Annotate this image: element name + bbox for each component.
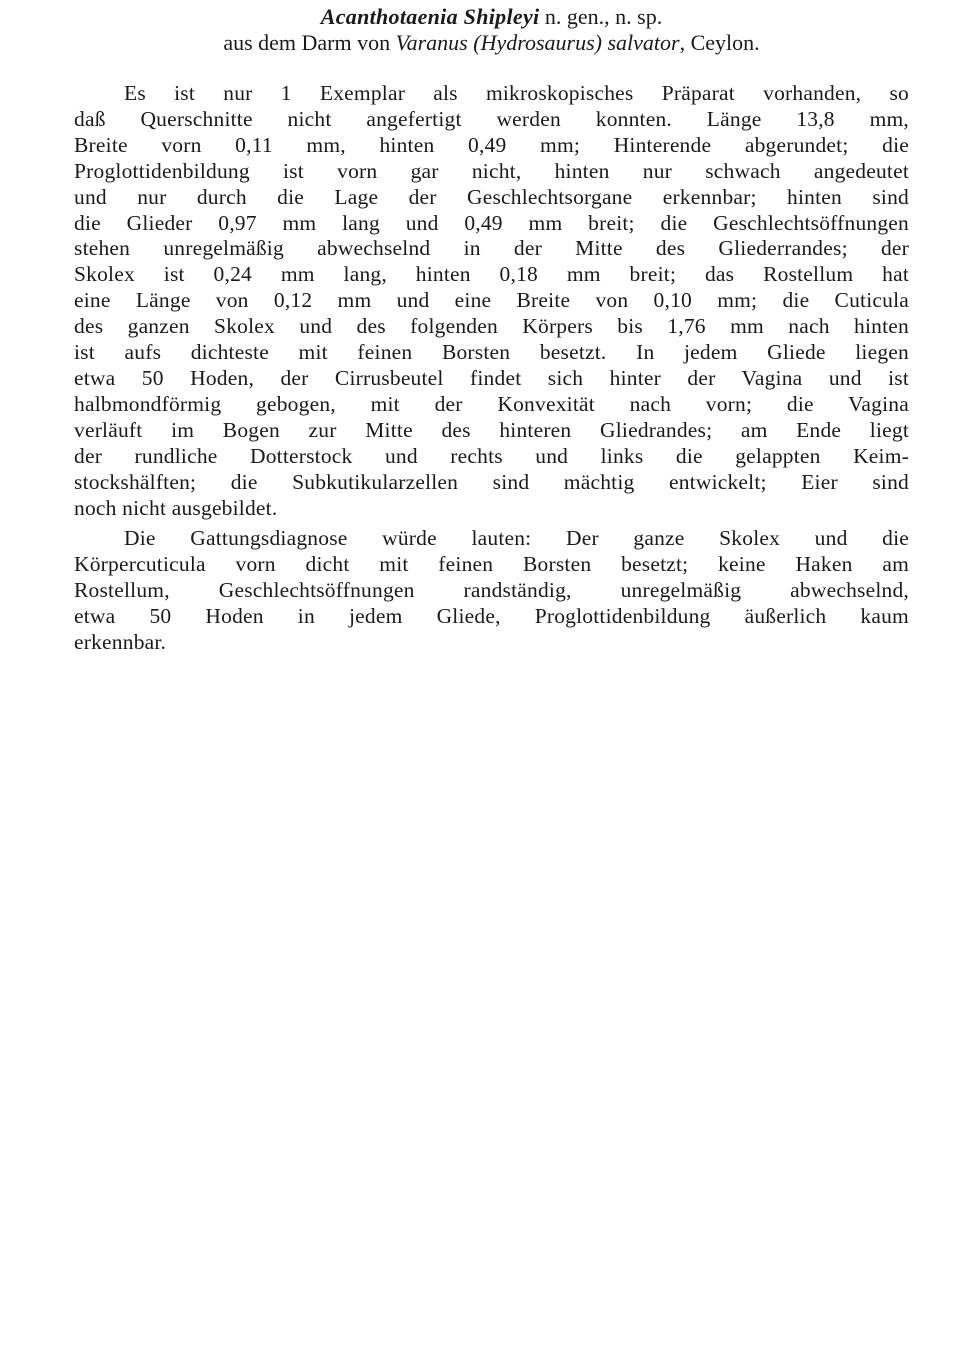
host-prefix: aus dem Darm von — [223, 30, 395, 55]
text-line: noch nicht ausgebildet. — [74, 496, 909, 522]
host-genus: Varanus — [396, 30, 468, 55]
host-locality: , Ceylon. — [680, 30, 760, 55]
text-line: und nur durch die Lage der Geschlechtsor… — [74, 185, 909, 211]
text-line: Breite vorn 0,11 mm, hinten 0,49 mm; Hin… — [74, 133, 909, 159]
taxon-status: n. gen., n. sp. — [539, 4, 662, 29]
text-line: daß Querschnitte nicht angefertigt werde… — [74, 107, 909, 133]
text-line: der rundliche Dotterstock und rechts und… — [74, 444, 909, 470]
text-line: halbmondförmig gebogen, mit der Konvexit… — [74, 392, 909, 418]
text-line: Skolex ist 0,24 mm lang, hinten 0,18 mm … — [74, 262, 909, 288]
text-line: etwa 50 Hoden in jedem Gliede, Proglotti… — [74, 604, 909, 630]
taxon-name: Acanthotaenia Shipleyi — [321, 4, 540, 29]
text-line: Proglottidenbildung ist vorn gar nicht, … — [74, 159, 909, 185]
species-title: Acanthotaenia Shipleyi n. gen., n. sp. — [74, 4, 909, 30]
text-line: Körpercuticula vorn dicht mit feinen Bor… — [74, 552, 909, 578]
text-line: Die Gattungsdiagnose würde lauten: Der g… — [74, 526, 909, 552]
text-line: etwa 50 Hoden, der Cirrusbeutel findet s… — [74, 366, 909, 392]
text-line: stehen unregelmäßig abwechselnd in der M… — [74, 236, 909, 262]
description-paragraph: Es ist nur 1 Exemplar als mikroskopische… — [74, 81, 909, 521]
document-page: Acanthotaenia Shipleyi n. gen., n. sp. a… — [74, 0, 909, 656]
text-line: Es ist nur 1 Exemplar als mikroskopische… — [74, 81, 909, 107]
text-line: eine Länge von 0,12 mm und eine Breite v… — [74, 288, 909, 314]
text-line: ist aufs dichteste mit feinen Borsten be… — [74, 340, 909, 366]
host-subgenus: (Hydrosaurus) — [468, 30, 608, 55]
text-line: des ganzen Skolex und des folgenden Körp… — [74, 314, 909, 340]
text-line: stockshälften; die Subkutikularzellen si… — [74, 470, 909, 496]
host-line: aus dem Darm von Varanus (Hydrosaurus) s… — [74, 30, 909, 56]
text-line: Rostellum, Geschlechtsöffnungen randstän… — [74, 578, 909, 604]
text-line: erkennbar. — [74, 630, 909, 656]
text-line: die Glieder 0,97 mm lang und 0,49 mm bre… — [74, 211, 909, 237]
text-line: verläuft im Bogen zur Mitte des hinteren… — [74, 418, 909, 444]
genus-diagnosis-paragraph: Die Gattungsdiagnose würde lauten: Der g… — [74, 526, 909, 656]
host-species: salvator — [607, 30, 679, 55]
